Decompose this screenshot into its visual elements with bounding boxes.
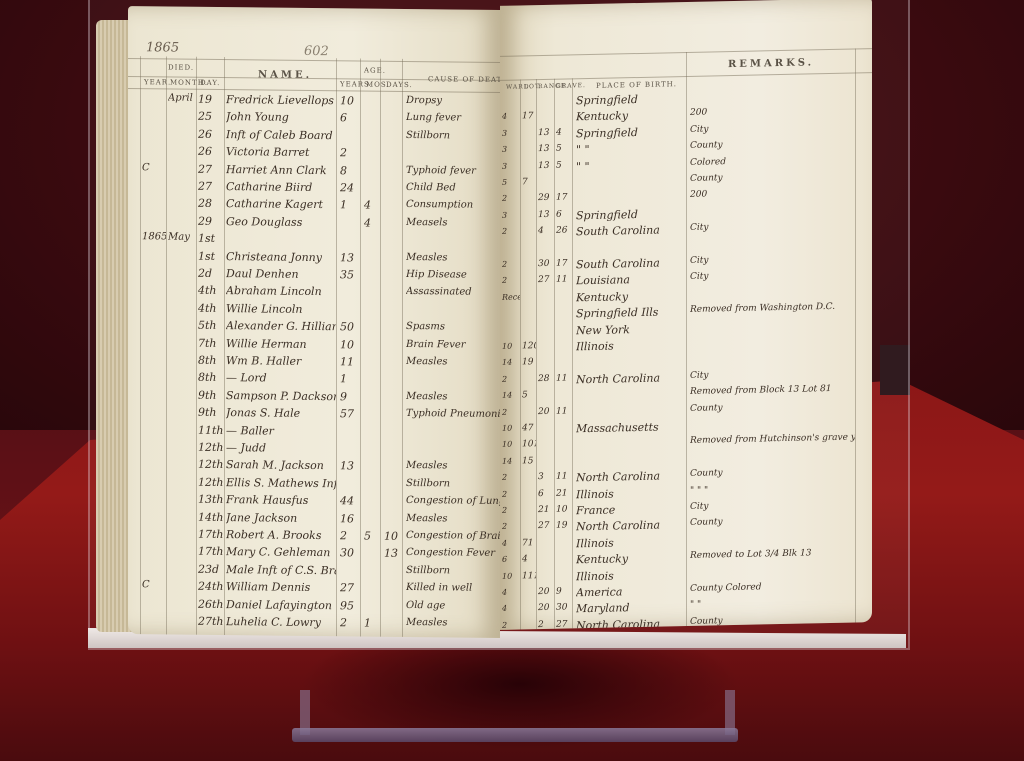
entry-grave: 26 bbox=[556, 226, 572, 236]
entry-range: 13 bbox=[538, 160, 554, 170]
entry-lot: 17 bbox=[522, 112, 536, 122]
entry-age-months: 4 bbox=[364, 199, 380, 212]
entry-name: William Dennis bbox=[226, 580, 336, 594]
entry-cause-of-death: Brain Fever bbox=[406, 339, 500, 351]
entry-place-of-birth: America bbox=[576, 584, 686, 599]
entry-age-years: 2 bbox=[340, 146, 360, 159]
entry-range: 4 bbox=[538, 226, 554, 236]
entry-place-of-birth: France bbox=[576, 502, 686, 517]
entry-age-years: 50 bbox=[340, 320, 360, 333]
entry-name: Catharine Kagert bbox=[226, 197, 336, 211]
entry-remarks: City bbox=[690, 498, 855, 511]
entry-name: Daul Denhen bbox=[226, 267, 336, 281]
entry-lot: 15 bbox=[522, 456, 536, 466]
entry-grave: 30 bbox=[556, 603, 572, 613]
entry-ward: 10 bbox=[502, 423, 520, 432]
entry-age-years: 95 bbox=[340, 599, 360, 612]
entry-age-years: 13 bbox=[340, 251, 360, 264]
entry-day: 24th bbox=[198, 580, 224, 593]
entry-range: 27 bbox=[538, 275, 554, 285]
entry-name: Luhelia C. Lowry bbox=[226, 615, 336, 629]
entry-day: 23d bbox=[198, 563, 224, 576]
entry-lot: 101 bbox=[522, 440, 536, 450]
entry-ward: 2 bbox=[502, 407, 520, 416]
entry-day: 29 bbox=[198, 215, 224, 228]
entry-grave: 19 bbox=[556, 521, 572, 531]
header-died: Died. bbox=[168, 63, 194, 71]
entry-name: — Judd bbox=[226, 441, 336, 455]
entry-range: 29 bbox=[538, 193, 554, 203]
entry-grave: 4 bbox=[556, 127, 572, 137]
entry-cause-of-death: Stillborn bbox=[406, 478, 500, 490]
entry-name: John Young bbox=[226, 110, 336, 124]
entry-ward: 14 bbox=[502, 358, 520, 367]
entry-place-of-birth: Louisiana bbox=[576, 272, 686, 287]
entry-ward: 5 bbox=[502, 177, 520, 186]
entry-remarks: Removed from Hutchinson's grave yard bbox=[690, 433, 855, 446]
entry-ward: 10 bbox=[502, 341, 520, 350]
entry-cause-of-death: Dropsy bbox=[406, 95, 500, 107]
entry-name: Daniel Lafayington bbox=[226, 598, 336, 612]
entry-name: Victoria Barret bbox=[226, 145, 336, 159]
entry-place-of-birth: " " bbox=[576, 141, 686, 156]
entry-age-years: 57 bbox=[340, 407, 360, 420]
entry-range: 20 bbox=[538, 406, 554, 416]
entry-age-years: 2 bbox=[340, 616, 360, 629]
entry-day: 27 bbox=[198, 162, 224, 175]
entry-age-years: 10 bbox=[340, 94, 360, 107]
ledger-right-page: Ward. Lot. Range. Grave. Place of Birth.… bbox=[500, 0, 872, 630]
entry-remarks: Removed from Washington D.C. bbox=[690, 302, 855, 315]
entry-place-of-birth: South Carolina bbox=[576, 256, 686, 271]
entry-ward: 14 bbox=[502, 391, 520, 400]
entry-day: 25 bbox=[198, 110, 224, 123]
entry-range: 20 bbox=[538, 587, 554, 597]
entry-range: 13 bbox=[538, 128, 554, 138]
entry-range: 2 bbox=[538, 620, 554, 630]
entry-lot: 19 bbox=[522, 358, 536, 368]
entry-cause-of-death: Measles bbox=[406, 391, 500, 403]
entry-age-years: 2 bbox=[340, 529, 360, 542]
entry-age-years: 9 bbox=[340, 390, 360, 403]
entry-ward: 3 bbox=[502, 128, 520, 137]
entry-place-of-birth: Illinois bbox=[576, 338, 686, 353]
entry-lot: 111 bbox=[522, 571, 536, 581]
ledger-year: 1865 bbox=[146, 40, 179, 55]
entry-year: 1865 bbox=[142, 231, 166, 242]
entry-cause-of-death: Measles bbox=[406, 617, 500, 629]
entry-day: 26th bbox=[198, 597, 224, 610]
entry-name: Ellis S. Mathews Infant bbox=[226, 476, 336, 490]
entry-day: 7th bbox=[198, 336, 224, 349]
entry-day: 1st bbox=[198, 232, 224, 245]
entry-age-years: 16 bbox=[340, 512, 360, 525]
entry-place-of-birth: New York bbox=[576, 322, 686, 337]
entry-day: 12th bbox=[198, 441, 224, 454]
entry-ward: 2 bbox=[502, 473, 520, 482]
entry-ward: 2 bbox=[502, 227, 520, 236]
entry-place-of-birth: Illinois bbox=[576, 568, 686, 583]
entry-remarks: 200 bbox=[690, 105, 855, 118]
entry-day: 1st bbox=[198, 249, 224, 262]
entry-remarks: City bbox=[690, 220, 855, 233]
header-days: Days. bbox=[386, 81, 413, 89]
entry-ward: 6 bbox=[502, 555, 520, 564]
entry-cause-of-death: Congestion of Brain bbox=[406, 530, 500, 542]
entry-grave: 6 bbox=[556, 209, 572, 219]
entry-age-months: 4 bbox=[364, 216, 380, 229]
entry-cause-of-death: Old age bbox=[406, 600, 500, 612]
header-year: Year. bbox=[144, 78, 171, 86]
entry-cause-of-death: Assassinated bbox=[406, 286, 500, 298]
entry-cause-of-death bbox=[406, 426, 500, 427]
entry-day: 13th bbox=[198, 493, 224, 506]
entry-remarks: 200 bbox=[690, 187, 855, 200]
entry-grave: 27 bbox=[556, 619, 572, 629]
entry-place-of-birth: Springfield bbox=[576, 125, 686, 140]
entry-age-years: 1 bbox=[340, 199, 360, 212]
entry-grave: 17 bbox=[556, 193, 572, 203]
entry-day: 9th bbox=[198, 389, 224, 402]
entry-cause-of-death: Congestion Fever bbox=[406, 547, 500, 559]
entry-cause-of-death: Stillborn bbox=[406, 130, 500, 142]
entry-grave: 9 bbox=[556, 586, 572, 596]
entry-cause-of-death: Measles bbox=[406, 356, 500, 368]
entry-cause-of-death: Typhoid fever bbox=[406, 165, 500, 177]
entry-remarks: County Colored bbox=[690, 580, 855, 593]
entry-age-months: 1 bbox=[364, 617, 380, 630]
entry-cause-of-death: Congestion of Lungs bbox=[406, 495, 500, 507]
entry-remarks: Removed to Lot 3/4 Blk 13 bbox=[690, 548, 855, 561]
entry-year: C bbox=[142, 579, 166, 590]
entry-age-years: 24 bbox=[340, 181, 360, 194]
entry-name: — Baller bbox=[226, 424, 336, 438]
entry-remarks bbox=[690, 88, 855, 91]
entry-name: Mary C. Gehleman bbox=[226, 545, 336, 559]
entry-range: 3 bbox=[538, 472, 554, 482]
entry-cause-of-death: Consumption bbox=[406, 199, 500, 211]
entry-lot: 71 bbox=[522, 538, 536, 548]
entry-ward: 2 bbox=[502, 522, 520, 531]
entry-cause-of-death: Measles bbox=[406, 513, 500, 525]
entry-age-years: 6 bbox=[340, 112, 360, 125]
entry-grave: 11 bbox=[556, 275, 572, 285]
entry-age-years: 10 bbox=[340, 338, 360, 351]
entry-range: 27 bbox=[538, 521, 554, 531]
entry-name: Harriet Ann Clark bbox=[226, 163, 336, 177]
entry-lot: 7 bbox=[522, 177, 536, 187]
entry-month: May bbox=[168, 232, 196, 243]
header-age: Age. bbox=[364, 67, 386, 75]
entry-cause-of-death: Hip Disease bbox=[406, 269, 500, 281]
entry-place-of-birth: Kentucky bbox=[576, 108, 686, 123]
entry-name: Sarah M. Jackson bbox=[226, 458, 336, 472]
entry-remarks: County bbox=[690, 170, 855, 183]
header-remarks: Remarks. bbox=[728, 57, 814, 70]
entry-ward: 14 bbox=[502, 456, 520, 465]
entry-remarks: County bbox=[690, 138, 855, 151]
entry-grave: 5 bbox=[556, 160, 572, 170]
entry-ward: 2 bbox=[502, 194, 520, 203]
entry-ward: 4 bbox=[502, 538, 520, 547]
entry-place-of-birth: Springfield bbox=[576, 92, 686, 107]
header-cause-of-death: Cause of Death. bbox=[428, 75, 500, 84]
entry-range: 6 bbox=[538, 488, 554, 498]
entry-cause-of-death bbox=[406, 147, 500, 148]
entry-name: Geo Douglass bbox=[226, 215, 336, 229]
entry-place-of-birth: Springfield bbox=[576, 207, 686, 222]
entry-name: Male Inft of C.S. Brannon bbox=[226, 563, 336, 577]
entry-grave: 11 bbox=[556, 472, 572, 482]
entry-remarks: Colored bbox=[690, 154, 855, 167]
entry-age-years: 27 bbox=[340, 581, 360, 594]
entry-range: 13 bbox=[538, 210, 554, 220]
entry-lot: 47 bbox=[522, 423, 536, 433]
entry-cause-of-death bbox=[406, 443, 500, 444]
entry-place-of-birth: Kentucky bbox=[576, 551, 686, 566]
entry-year: C bbox=[142, 162, 166, 173]
entry-cause-of-death: Killed in well bbox=[406, 582, 500, 594]
entry-remarks: County bbox=[690, 466, 855, 479]
entry-cause-of-death: Child Bed bbox=[406, 182, 500, 194]
entry-place-of-birth: North Carolina bbox=[576, 371, 686, 386]
entry-day: 27 bbox=[198, 180, 224, 193]
entry-day: 2d bbox=[198, 267, 224, 280]
entry-remarks: City bbox=[690, 121, 855, 134]
entry-day: 19 bbox=[198, 93, 224, 106]
entry-remarks: City bbox=[690, 269, 855, 282]
entry-name: Wm B. Haller bbox=[226, 354, 336, 368]
entry-age-years: 35 bbox=[340, 268, 360, 281]
entry-grave: 17 bbox=[556, 258, 572, 268]
entry-age-years: 44 bbox=[340, 494, 360, 507]
entry-remarks: " " bbox=[690, 597, 855, 610]
entry-age-months: 5 bbox=[364, 530, 380, 543]
entry-name: Jane Jackson bbox=[226, 511, 336, 525]
entry-ward: 2 bbox=[502, 489, 520, 498]
entry-cause-of-death: Measels bbox=[406, 217, 500, 229]
header-place-of-birth: Place of Birth. bbox=[596, 80, 677, 90]
entry-cause-of-death: Stillborn bbox=[406, 565, 500, 577]
entry-age-days: 10 bbox=[384, 530, 402, 543]
entry-place-of-birth: Maryland bbox=[576, 600, 686, 615]
entry-name: Jonas S. Hale bbox=[226, 406, 336, 420]
entry-age-years: 1 bbox=[340, 373, 360, 386]
entry-ward: 2 bbox=[502, 505, 520, 514]
entry-name: Alexander G. Hilliard bbox=[226, 319, 336, 333]
entry-remarks: " " " bbox=[690, 482, 855, 495]
entry-range: 30 bbox=[538, 259, 554, 269]
entry-name: Willie Lincoln bbox=[226, 302, 336, 316]
acrylic-stand-base bbox=[292, 728, 738, 742]
entry-lot: 120 bbox=[522, 341, 536, 351]
entry-remarks: County bbox=[690, 400, 855, 413]
entry-cause-of-death: Measles bbox=[406, 252, 500, 264]
ledger-entry-row: 27thLuhelia C. Lowry21Measles bbox=[128, 614, 500, 638]
entry-grave: 11 bbox=[556, 406, 572, 416]
entry-ward: 10 bbox=[502, 440, 520, 449]
entry-remarks: County bbox=[690, 515, 855, 528]
entry-name: Willie Herman bbox=[226, 337, 336, 351]
entry-cause-of-death bbox=[406, 234, 500, 235]
entry-day: 26 bbox=[198, 145, 224, 158]
entry-name: Sampson P. Dackson bbox=[226, 389, 336, 403]
entry-ward: 3 bbox=[502, 210, 520, 219]
entry-ward: 2 bbox=[502, 374, 520, 383]
entry-place-of-birth: North Carolina bbox=[576, 469, 686, 484]
entry-grave: 5 bbox=[556, 144, 572, 154]
entry-grave: 10 bbox=[556, 504, 572, 514]
entry-age-years: 8 bbox=[340, 164, 360, 177]
entry-place-of-birth: Illinois bbox=[576, 486, 686, 501]
entry-age-days: 13 bbox=[384, 547, 402, 560]
entry-range: 20 bbox=[538, 603, 554, 613]
entry-place-of-birth: North Carolina bbox=[576, 518, 686, 533]
entry-cause-of-death bbox=[406, 373, 500, 374]
entry-place-of-birth: Massachusetts bbox=[576, 420, 686, 435]
entry-grave: 21 bbox=[556, 488, 572, 498]
entry-month: April bbox=[168, 92, 196, 103]
entry-name: — Lord bbox=[226, 371, 336, 385]
entry-range: 21 bbox=[538, 505, 554, 515]
entry-ward: 4 bbox=[502, 604, 520, 613]
entry-range: 13 bbox=[538, 144, 554, 154]
entry-ward: Receiving Tomb bbox=[502, 292, 520, 301]
entry-ward: 4 bbox=[502, 112, 520, 121]
entry-ward: 3 bbox=[502, 161, 520, 170]
entry-day: 8th bbox=[198, 371, 224, 384]
entry-remarks: Removed from Block 13 Lot 81 bbox=[690, 384, 855, 397]
entry-grave: 11 bbox=[556, 373, 572, 383]
entry-ward: 4 bbox=[502, 587, 520, 596]
entry-name: Inft of Caleb Board bbox=[226, 128, 336, 142]
entry-day: 12th bbox=[198, 476, 224, 489]
entry-cause-of-death: Spasms bbox=[406, 321, 500, 333]
entry-day: 17th bbox=[198, 545, 224, 558]
entry-cause-of-death: Typhoid Pneumonia bbox=[406, 408, 500, 420]
entry-age-years: 13 bbox=[340, 460, 360, 473]
entry-remarks: City bbox=[690, 367, 855, 380]
entry-cause-of-death: Lung fever bbox=[406, 112, 500, 124]
entry-name: Fredrick Lievellops bbox=[226, 93, 336, 107]
entry-remarks: City bbox=[690, 252, 855, 265]
entry-day: 5th bbox=[198, 319, 224, 332]
entry-day: 27th bbox=[198, 615, 224, 628]
entry-place-of-birth: Illinois bbox=[576, 535, 686, 550]
entry-name: Frank Hausfus bbox=[226, 493, 336, 507]
entry-name: Robert A. Brooks bbox=[226, 528, 336, 542]
entry-day: 26 bbox=[198, 128, 224, 141]
entry-day: 12th bbox=[198, 458, 224, 471]
entry-day: 17th bbox=[198, 528, 224, 541]
entry-age-years: 30 bbox=[340, 547, 360, 560]
entry-day: 4th bbox=[198, 284, 224, 297]
entry-ward: 2 bbox=[502, 620, 520, 629]
header-day: Day. bbox=[200, 79, 220, 87]
entry-age-years: 11 bbox=[340, 355, 360, 368]
entry-day: 28 bbox=[198, 197, 224, 210]
entry-range: 28 bbox=[538, 374, 554, 384]
entry-place-of-birth: Kentucky bbox=[576, 289, 686, 304]
entry-lot: 4 bbox=[522, 554, 536, 564]
entry-name: Abraham Lincoln bbox=[226, 284, 336, 298]
entry-ward: 10 bbox=[502, 571, 520, 580]
entry-ward: 2 bbox=[502, 259, 520, 268]
entry-ward: 2 bbox=[502, 276, 520, 285]
page-number: 602 bbox=[304, 44, 329, 59]
entry-day: 4th bbox=[198, 302, 224, 315]
ledger-left-page: 1865 602 Died. Year. Month. Day. Name. A… bbox=[128, 6, 500, 638]
entry-name bbox=[226, 232, 336, 233]
entry-day: 9th bbox=[198, 406, 224, 419]
entry-lot: 5 bbox=[522, 390, 536, 400]
header-name: Name. bbox=[258, 69, 312, 81]
header-grave: Grave. bbox=[556, 82, 586, 90]
entry-place-of-birth: " " bbox=[576, 158, 686, 173]
entry-day: 8th bbox=[198, 354, 224, 367]
entry-day: 11th bbox=[198, 423, 224, 436]
entry-ward: 3 bbox=[502, 145, 520, 154]
entry-day: 14th bbox=[198, 510, 224, 523]
entry-place-of-birth: Springfield Ills bbox=[576, 305, 686, 320]
entry-cause-of-death: Measles bbox=[406, 460, 500, 472]
entry-name: Catharine Biird bbox=[226, 180, 336, 194]
entry-place-of-birth: South Carolina bbox=[576, 223, 686, 238]
entry-name: Christeana Jonny bbox=[226, 250, 336, 264]
entry-cause-of-death bbox=[406, 304, 500, 305]
